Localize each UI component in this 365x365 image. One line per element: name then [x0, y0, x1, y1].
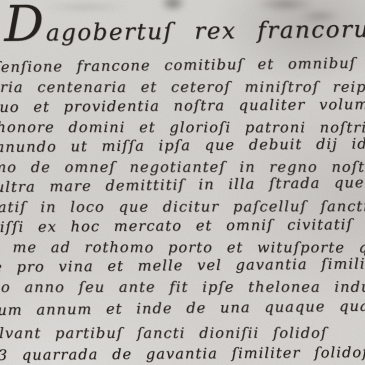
manuscript-line: ſenſione francone comitibuſ et omnibuſ a… [0, 53, 365, 78]
manuscript-heading-line: Dagobertuſ rex francorum vir ge [4, 9, 365, 58]
manuscript-line: miſſi ex hoc mercato et omniſ civitatiſ … [0, 214, 365, 238]
manuscript-line: tanundo ut miſſa ipſa que debuit dij idu… [0, 134, 365, 158]
ink-smudge [160, 0, 186, 12]
manuscript-line: e pro vina et melle vel gavantia ſimiliu [0, 254, 365, 278]
manuscript-page: Dagobertuſ rex francorum vir ge ſenſione… [0, 0, 365, 365]
manuscript-text-block: Dagobertuſ rex francorum vir ge ſenſione… [0, 10, 365, 365]
manuscript-lines: ſenſione francone comitibuſ et omnibuſ a… [0, 56, 365, 365]
manuscript-line: um annum et inde de una quaque quarrada [0, 296, 365, 321]
manuscript-line: olvant partibuſ ſancti dioniſii ſolidoſ [0, 324, 365, 344]
manuscript-line: tuo et providentia noſtra qualiter volum… [0, 95, 365, 119]
manuscript-line: lo anno ſeu ante fit ipſe thelonea indul… [0, 278, 365, 298]
manuscript-line: 43 quarrada de gavantia ſimiliter ſolido… [0, 342, 365, 365]
